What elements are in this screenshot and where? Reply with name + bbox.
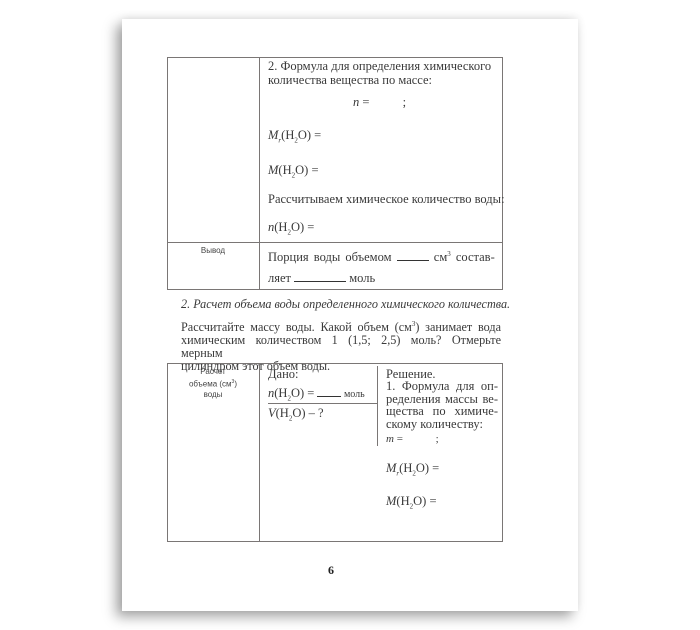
molar-mass-line: M(H2O) =	[268, 163, 319, 180]
volume-blank[interactable]	[397, 251, 429, 261]
calc-text: Рассчитываем химическое количество воды:	[268, 192, 505, 207]
conclusion-line-2: ляет моль	[268, 271, 375, 286]
conclusion-text-3: ляет	[268, 271, 291, 285]
section-heading: 2. Расчет объема воды определенного хими…	[181, 297, 510, 312]
table2-column-divider	[259, 363, 260, 542]
solution-step: 1. Формула для оп- ределения массы ве- щ…	[386, 380, 498, 430]
conclusion-line-1: Порция воды объемом см3 состав-	[268, 250, 495, 265]
unit-mol: моль	[341, 389, 364, 400]
equals: =	[394, 433, 406, 445]
para-text: ) занимает вода	[415, 320, 501, 334]
molar-relative-mass-line: Mr(H2O) =	[268, 128, 321, 145]
formula-close: O) =	[291, 220, 314, 234]
step-heading: 2. Формула для определения химического к…	[268, 59, 500, 87]
formula-close: O) =	[291, 386, 318, 400]
label-line-3: воды	[167, 390, 259, 400]
equals: =	[359, 95, 372, 109]
conclusion-label: Вывод	[167, 246, 259, 255]
label-line-1: Расчет	[167, 367, 259, 377]
label-text: объема (см	[189, 380, 232, 389]
table1-row-divider	[167, 242, 503, 243]
unit-cm: см	[434, 250, 447, 264]
molar-relative-mass-line: Mr(H2O) =	[386, 461, 439, 478]
amount-blank[interactable]	[317, 387, 341, 397]
var-M: M	[268, 128, 278, 142]
formula-open: (H	[396, 494, 409, 508]
var-m: m	[386, 433, 394, 445]
amount-blank[interactable]	[294, 272, 346, 282]
paragraph-line-1: Рассчитайте массу воды. Какой объем (см3…	[181, 318, 501, 334]
page-number: 6	[328, 563, 334, 578]
semicolon: ;	[403, 95, 406, 109]
var-M: M	[268, 163, 278, 177]
semicolon: ;	[436, 433, 439, 445]
formula-open: (H	[278, 163, 291, 177]
formula-close: O) =	[295, 163, 318, 177]
formula-open: (H	[276, 406, 289, 420]
formula-open: (H	[274, 386, 287, 400]
table1-column-divider	[259, 57, 260, 290]
var-M: M	[386, 494, 396, 508]
label-line-2: объема (см3)	[167, 377, 259, 390]
formula-close: O) =	[298, 128, 321, 142]
formula-close: O) =	[413, 494, 436, 508]
solution-line: щества по химиче-	[386, 405, 498, 418]
conclusion-text: Порция воды объемом	[268, 250, 392, 264]
label-text: )	[234, 380, 237, 389]
molar-mass-line: M(H2O) =	[386, 494, 437, 511]
given-solution-divider	[377, 366, 378, 446]
formula-open: (H	[399, 461, 412, 475]
paragraph-line-2: химическим количеством 1 (1,5; 2,5) моль…	[181, 334, 501, 360]
formula-close: O) – ?	[292, 406, 323, 420]
para-text: Рассчитайте массу воды. Какой объем (см	[181, 320, 412, 334]
var-V: V	[268, 406, 276, 420]
row-label: Расчет объема (см3) воды	[167, 367, 259, 400]
given-title: Дано:	[268, 367, 299, 382]
var-M: M	[386, 461, 396, 475]
given-underline	[268, 403, 377, 404]
amount-line: n(H2O) =	[268, 220, 314, 237]
solution-line: скому количеству:	[386, 418, 498, 431]
formula-n: n = ;	[353, 95, 406, 110]
find-volume: V(H2O) – ?	[268, 406, 324, 423]
formula-open: (H	[281, 128, 294, 142]
unit-mol: моль	[346, 271, 375, 285]
formula-open: (H	[274, 220, 287, 234]
given-amount: n(H2O) = моль	[268, 386, 365, 403]
formula-close: O) =	[416, 461, 439, 475]
conclusion-text-2: состав-	[451, 250, 495, 264]
formula-m: m = ;	[386, 433, 439, 445]
solution-line: 1. Формула для оп-	[386, 380, 498, 393]
